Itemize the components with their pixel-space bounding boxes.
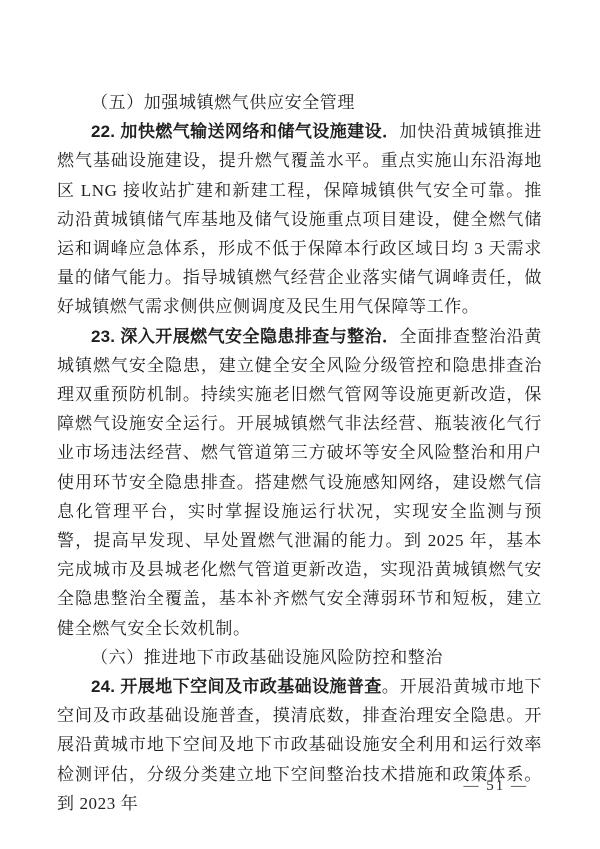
page-number: — 51 — [464, 778, 529, 795]
paragraph-item-24: 24. 开展地下空间及市政基础设施普查。开展沿黄城市地下空间及市政基础设施普查，… [57, 672, 542, 818]
section-heading-liu: （六）推进地下市政基础设施风险防控和整治 [57, 643, 542, 672]
page-content: （五）加强城镇燃气供应安全管理 22. 加快燃气输送网络和储气设施建设．加快沿黄… [57, 88, 542, 818]
section-heading-wu: （五）加强城镇燃气供应安全管理 [57, 88, 542, 117]
paragraph-item-22: 22. 加快燃气输送网络和储气设施建设．加快沿黄城镇推进燃气基础设施建设，提升燃… [57, 117, 542, 321]
paragraph-item-22-lead: 22. 加快燃气输送网络和储气设施建设． [91, 122, 399, 141]
paragraph-item-22-body: 加快沿黄城镇推进燃气基础设施建设，提升燃气覆盖水平。重点实施山东沿海地区 LNG… [57, 122, 542, 316]
paragraph-item-24-lead: 24. 开展地下空间及市政基础设施普查 [91, 677, 382, 696]
document-page: （五）加强城镇燃气供应安全管理 22. 加快燃气输送网络和储气设施建设．加快沿黄… [0, 0, 600, 849]
paragraph-item-23: 23. 深入开展燃气安全隐患排查与整治．全面排查整治沿黄城镇燃气安全隐患，建立健… [57, 322, 542, 643]
paragraph-item-23-lead: 23. 深入开展燃气安全隐患排查与整治． [91, 327, 399, 346]
paragraph-item-23-body: 全面排查整治沿黄城镇燃气安全隐患，建立健全安全风险分级管控和隐患排查治理双重预防… [57, 327, 542, 638]
